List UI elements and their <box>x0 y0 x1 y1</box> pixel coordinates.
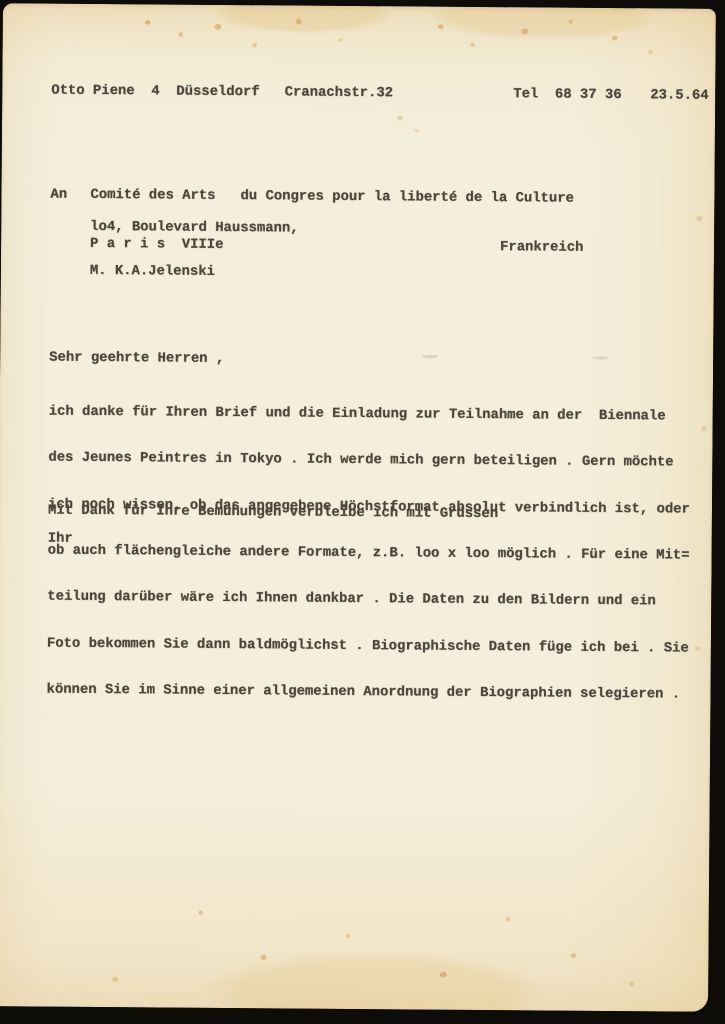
recipient-organization: Comité des Arts du Congres pour la liber… <box>90 188 574 207</box>
recipient-an-label: An <box>50 188 67 204</box>
body-line: ich danke für Ihren Brief und die Einlad… <box>49 404 691 424</box>
body-line: des Jeunes Peintres in Tokyo . Ich werde… <box>48 451 690 471</box>
signature-line: Ihr <box>48 532 73 548</box>
salutation: Sehr geehrte Herren , <box>49 351 224 368</box>
recipient-street: lo4, Boulevard Haussmann, <box>90 220 299 237</box>
body-line: können Sie im Sinne einer allgemeinen An… <box>46 683 688 703</box>
scanned-letter: Otto Piene 4 Düsseldorf Cranachstr.32 Te… <box>0 0 725 1024</box>
body-line: Foto bekommen Sie dann baldmöglichst . B… <box>47 636 689 656</box>
recipient-country: Frankreich <box>500 240 583 256</box>
recipient-attention-name: M. K.A.Jelenski <box>90 264 215 280</box>
letter-date: 23.5.64 <box>650 88 708 104</box>
telephone-number: Tel 68 37 36 <box>513 87 621 103</box>
recipient-city: P a r i s VIIIe <box>90 237 223 254</box>
sender-address-line: Otto Piene 4 Düsseldorf Cranachstr.32 <box>51 84 393 102</box>
body-line: ob auch flächengleiche andere Formate, z… <box>48 544 690 564</box>
letter-page: Otto Piene 4 Düsseldorf Cranachstr.32 Te… <box>0 3 716 1012</box>
letter-body: ich danke für Ihren Brief und die Einlad… <box>46 374 691 734</box>
body-line: teilung darüber wäre ich Ihnen dankbar .… <box>47 590 689 610</box>
